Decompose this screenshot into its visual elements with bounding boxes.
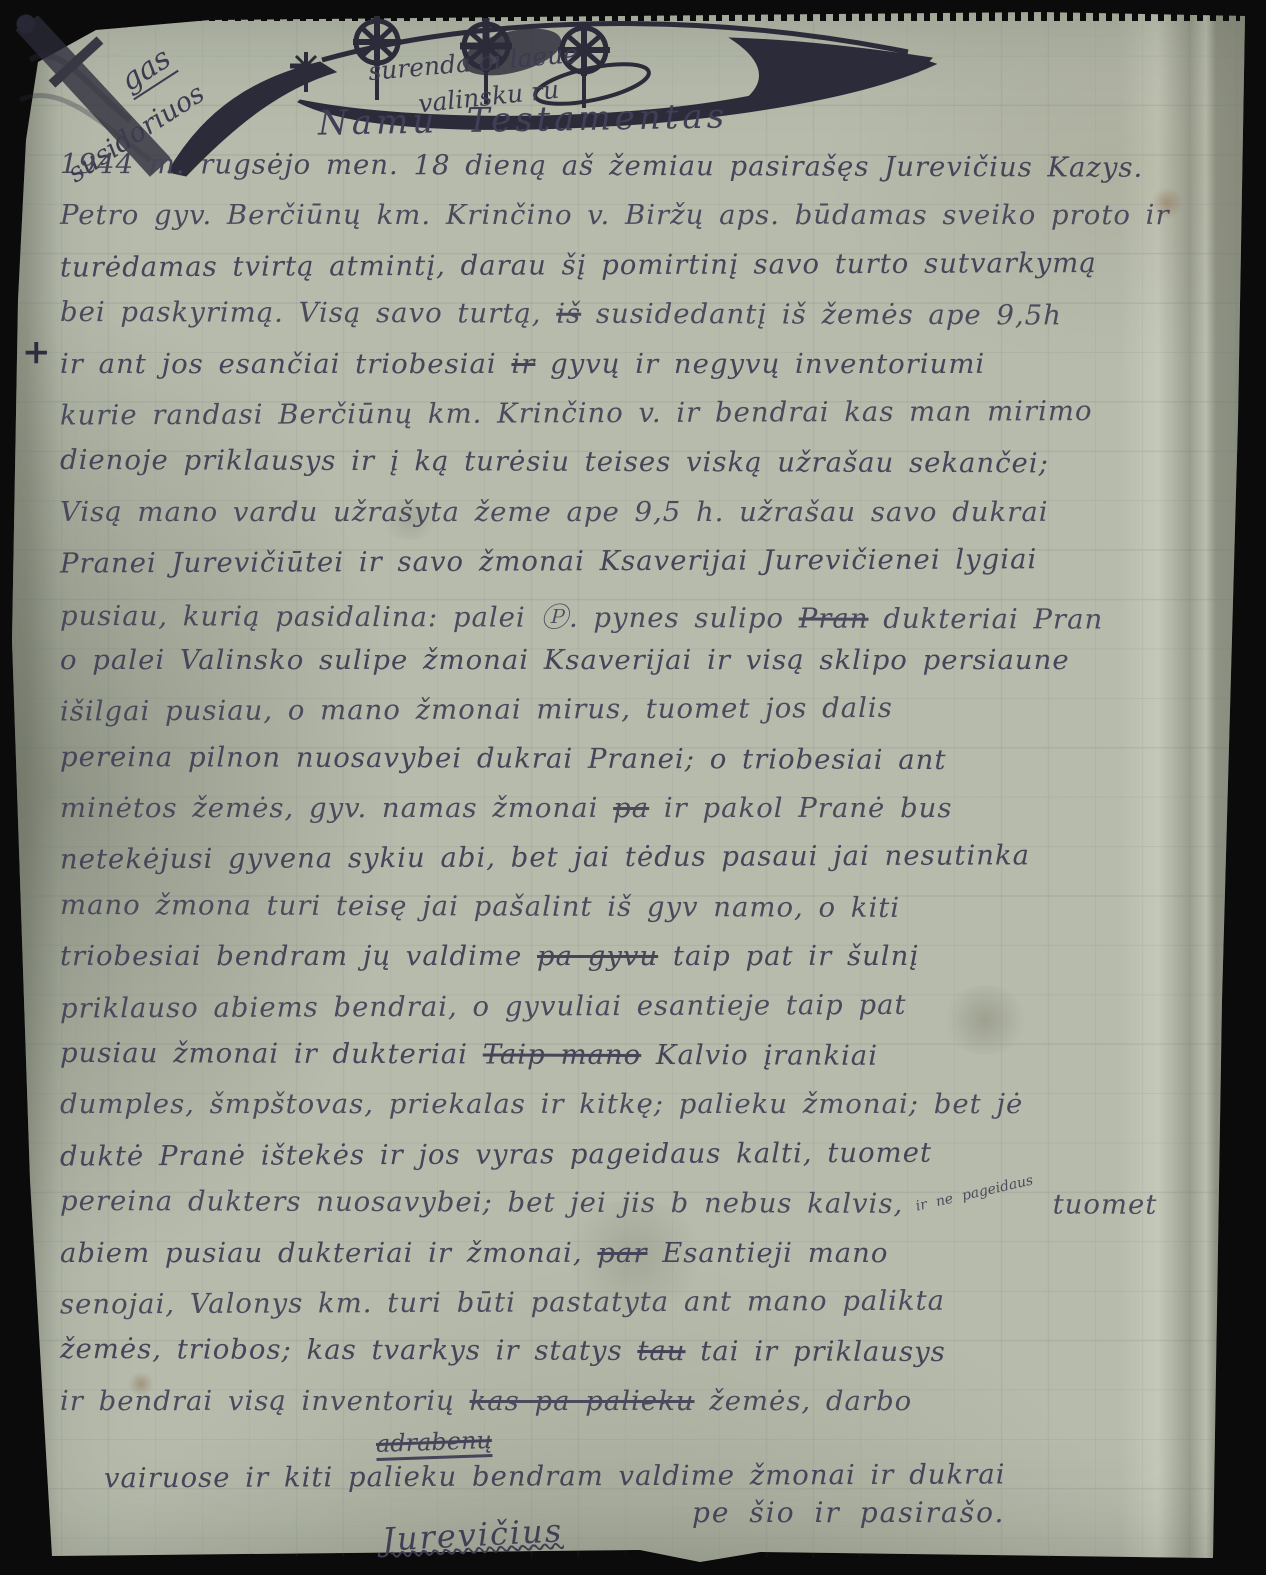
margin-cross-mark: +: [22, 332, 51, 372]
handwritten-text: Kalvio įrankiai: [641, 1039, 878, 1072]
handwritten-text: Pranei Jurevičiūtei ir savo žmonai Ksave…: [60, 543, 1037, 579]
handwritten-text: o palei Valinsko sulipe žmonai Ksaverija…: [60, 644, 1070, 676]
handwritten-text: tai ir priklausys: [685, 1336, 945, 1369]
handwritten-line: o palei Valinsko sulipe žmonai Ksaverija…: [60, 644, 1220, 693]
inserted-strikeout-word: adrabenų: [375, 1426, 492, 1461]
handwritten-text: bei paskyrimą. Visą savo turtą,: [60, 296, 556, 330]
strikeout-text: tau: [637, 1335, 685, 1367]
handwritten-line: minėtos žemės, gyv. namas žmonai pa ir p…: [60, 792, 1220, 841]
handwritten-text: kurie randasi Berčiūnų km. Krinčino v. i…: [60, 395, 1093, 432]
handwritten-line: 1944 m. rugsėjo men. 18 dieną aš žemiau …: [60, 148, 1220, 201]
handwritten-line: ir ant jos esančiai triobesiai ir gyvų i…: [60, 348, 1220, 397]
handwritten-text: netekėjusi gyvena sykiu abi, bet jai tėd…: [60, 840, 1030, 876]
handwritten-text: dumples, šmpštovas, priekalas ir kitkę; …: [60, 1088, 1023, 1120]
strikeout-text: Pran: [799, 602, 869, 634]
handwritten-line: duktė Pranė ištekės ir jos vyras pageida…: [60, 1135, 1220, 1189]
handwritten-text: duktė Pranė ištekės ir jos vyras pageida…: [60, 1137, 932, 1173]
handwritten-text: turėdamas tvirtą atmintį, darau šį pomir…: [60, 247, 1097, 284]
attestation-line: pe šio ir pasirašo.: [692, 1496, 1005, 1529]
strikeout-text: pa gyvu: [537, 940, 658, 972]
handwritten-text: pusiau žmonai ir dukteriai: [60, 1037, 483, 1070]
handwritten-text: gyvų ir negyvų inventoriumi: [535, 348, 985, 380]
handwritten-text: dukteriai Pran: [868, 602, 1103, 635]
handwritten-text: Esantieji mano: [647, 1237, 888, 1269]
handwritten-text: Petro gyv. Berčiūnų km. Krinčino v. Birž…: [60, 199, 1170, 231]
handwritten-line: turėdamas tvirtą atmintį, darau šį pomir…: [60, 246, 1220, 300]
handwritten-text: ir pakol Pranė bus: [649, 792, 952, 824]
handwritten-text: žemės, darbo: [694, 1385, 912, 1417]
handwritten-line: bei paskyrimą. Visą savo turtą, iš susid…: [60, 296, 1220, 349]
handwritten-text: mano žmona turi teisę jai pašalint iš gy…: [60, 889, 900, 924]
handwritten-text: ir ant jos esančiai triobesiai: [60, 348, 511, 380]
handwritten-line: išilgai pusiau, o mano žmonai mirus, tuo…: [60, 691, 1220, 745]
handwritten-line: pusiau žmonai ir dukteriai Taip mano Kal…: [60, 1037, 1220, 1090]
handwritten-line: pusiau, kurią pasidalina: palei Ⓟ. pynes…: [60, 592, 1220, 645]
handwritten-line: Petro gyv. Berčiūnų km. Krinčino v. Birž…: [60, 199, 1220, 248]
handwritten-line: pereina pilnon nuosavybei dukrai Pranei;…: [60, 741, 1220, 794]
handwritten-text: triobesiai bendram jų valdime: [60, 940, 537, 972]
document-body: 1944 m. rugsėjo men. 18 dieną aš žemiau …: [60, 150, 1220, 1510]
strikeout-text: pa: [613, 792, 649, 824]
handwritten-text: senojai, Valonys km. turi būti pastatyta…: [60, 1285, 945, 1321]
signature: Jurevičius: [381, 1511, 564, 1558]
handwritten-line: priklauso abiems bendrai, o gyvuliai esa…: [60, 987, 1220, 1041]
handwritten-line: dienoje priklausys ir į ką turėsiu teise…: [60, 444, 1220, 497]
handwritten-line: ir bendrai visą inventorių kas pa paliek…: [60, 1385, 1220, 1434]
handwritten-text: Visą mano vardu užrašyta žeme ape 9,5 h.…: [60, 496, 1049, 528]
strikeout-text: par: [597, 1237, 647, 1269]
handwritten-line: senojai, Valonys km. turi būti pastatyta…: [60, 1283, 1220, 1337]
strikeout-text: ir: [511, 348, 535, 380]
handwritten-text: tuomet: [1038, 1189, 1158, 1221]
handwritten-text: vairuose ir kiti palieku bendram valdime…: [104, 1459, 1006, 1495]
handwritten-text: žemės, triobos; kas tvarkys ir statys: [60, 1333, 637, 1367]
page-title: Namu Testamentas: [318, 96, 729, 143]
handwritten-text: priklauso abiems bendrai, o gyvuliai esa…: [60, 988, 907, 1024]
handwritten-text: 1944 m. rugsėjo men. 18 dieną aš žemiau …: [60, 148, 1143, 184]
handwritten-text: pereina dukters nuosavybei; bet jei jis …: [60, 1185, 918, 1220]
handwritten-line: abiem pusiau dukteriai ir žmonai, par Es…: [60, 1237, 1220, 1286]
strikeout-text: kas pa palieku: [470, 1385, 695, 1417]
handwritten-text: ir bendrai visą inventorių: [60, 1385, 470, 1417]
handwritten-text: pereina pilnon nuosavybei dukrai Pranei;…: [60, 741, 947, 776]
handwritten-text: susidedantį iš žemės ape 9,5h: [581, 298, 1062, 332]
scanned-document: gas susidoriuos surenda oi laeue valinsk…: [0, 0, 1266, 1575]
handwritten-line: netekėjusi gyvena sykiu abi, bet jai tėd…: [60, 839, 1220, 893]
handwritten-line: kurie randasi Berčiūnų km. Krinčino v. i…: [60, 394, 1220, 448]
handwritten-text: dienoje priklausys ir į ką turėsiu teise…: [60, 444, 1049, 479]
handwritten-line: dumples, šmpštovas, priekalas ir kitkę; …: [60, 1088, 1220, 1137]
handwritten-line: Pranei Jurevičiūtei ir savo žmonai Ksave…: [60, 543, 1220, 597]
handwritten-line: pereina dukters nuosavybei; bet jei jis …: [60, 1185, 1220, 1238]
handwritten-line: žemės, triobos; kas tvarkys ir statys ta…: [60, 1333, 1220, 1386]
handwritten-text: išilgai pusiau, o mano žmonai mirus, tuo…: [60, 692, 893, 728]
handwritten-line: mano žmona turi teisę jai pašalint iš gy…: [60, 889, 1220, 942]
handwritten-text: abiem pusiau dukteriai ir žmonai,: [60, 1237, 597, 1269]
strikeout-text: iš: [556, 298, 581, 330]
handwritten-text: taip pat ir šulnį: [658, 940, 919, 972]
strikeout-text: Taip mano: [483, 1038, 642, 1071]
handwritten-text: minėtos žemės, gyv. namas žmonai: [60, 792, 613, 824]
handwritten-line: Visą mano vardu užrašyta žeme ape 9,5 h.…: [60, 496, 1220, 545]
handwritten-line: vairuose ir kiti palieku bendram valdime…: [60, 1458, 1220, 1512]
handwritten-line: triobesiai bendram jų valdime pa gyvu ta…: [60, 940, 1220, 989]
handwritten-text: pusiau, kurią pasidalina: palei Ⓟ. pynes…: [60, 599, 799, 634]
